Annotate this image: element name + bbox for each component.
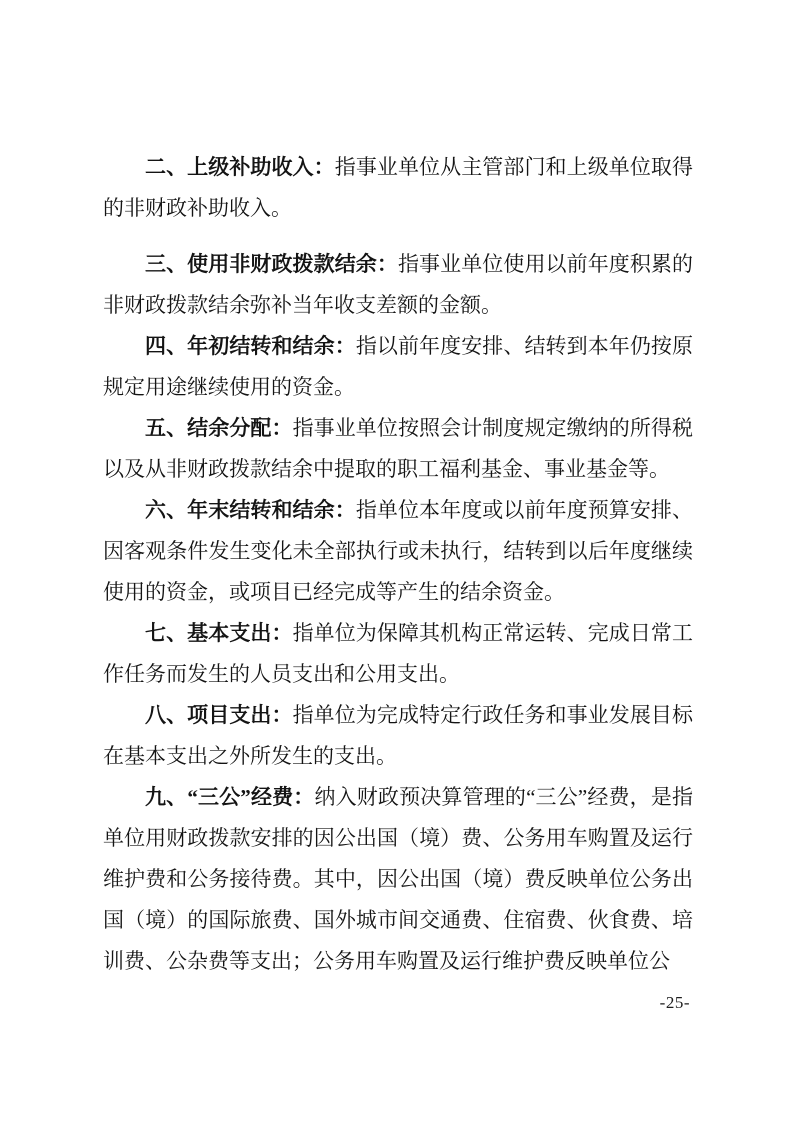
definition-paragraph: 六、年末结转和结余：指单位本年度或以前年度预算安排、因客观条件发生变化未全部执行… xyxy=(103,490,693,613)
definition-term: 五、结余分配： xyxy=(145,416,293,440)
definition-term: 九、“三公”经费： xyxy=(145,785,314,809)
definition-text: 纳入财政预决算管理的“三公”经费，是指单位用财政拨款安排的因公出国（境）费、公务… xyxy=(103,785,693,973)
definition-term: 八、项目支出： xyxy=(145,703,293,727)
document-page: 二、上级补助收入：指事业单位从主管部门和上级单位取得的非财政补助收入。 三、使用… xyxy=(0,0,793,1122)
definition-paragraph: 三、使用非财政拨款结余：指事业单位使用以前年度积累的非财政拨款结余弥补当年收支差… xyxy=(103,244,693,326)
definition-paragraph: 二、上级补助收入：指事业单位从主管部门和上级单位取得的非财政补助收入。 xyxy=(103,147,693,229)
definition-term: 二、上级补助收入： xyxy=(145,155,335,179)
definition-term: 七、基本支出： xyxy=(145,621,293,645)
definition-paragraph: 七、基本支出：指单位为保障其机构正常运转、完成日常工作任务而发生的人员支出和公用… xyxy=(103,613,693,695)
definition-paragraph: 四、年初结转和结余：指以前年度安排、结转到本年仍按原规定用途继续使用的资金。 xyxy=(103,326,693,408)
definition-term: 三、使用非财政拨款结余： xyxy=(145,252,398,276)
definition-paragraph: 八、项目支出：指单位为完成特定行政任务和事业发展目标在基本支出之外所发生的支出。 xyxy=(103,695,693,777)
document-body: 二、上级补助收入：指事业单位从主管部门和上级单位取得的非财政补助收入。 三、使用… xyxy=(103,147,693,982)
definition-term: 六、年末结转和结余： xyxy=(145,498,356,522)
page-number: -25- xyxy=(660,994,690,1012)
definition-term: 四、年初结转和结余： xyxy=(145,334,356,358)
definition-paragraph: 九、“三公”经费：纳入财政预决算管理的“三公”经费，是指单位用财政拨款安排的因公… xyxy=(103,777,693,982)
definition-paragraph: 五、结余分配：指事业单位按照会计制度规定缴纳的所得税以及从非财政拨款结余中提取的… xyxy=(103,408,693,490)
